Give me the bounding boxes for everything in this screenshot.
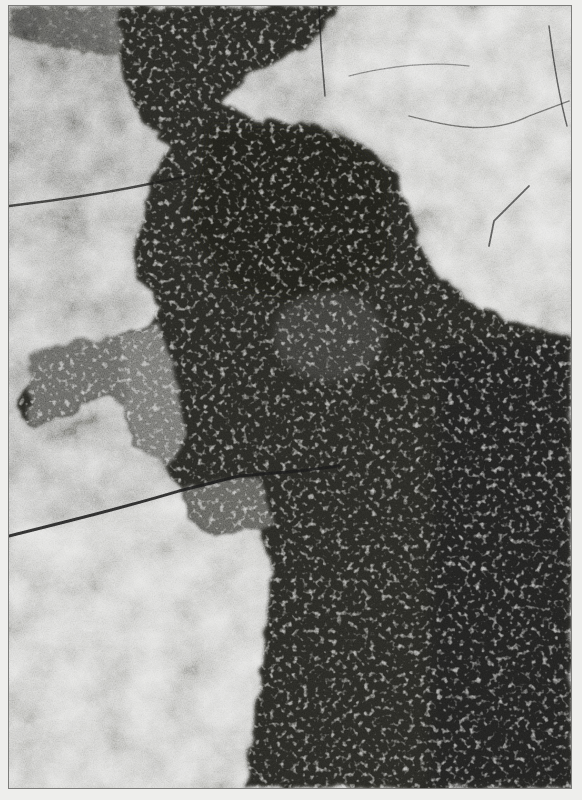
film-grain	[9, 6, 571, 788]
rock-shadow-scene	[9, 6, 571, 788]
print-border	[0, 0, 582, 800]
photograph	[9, 6, 571, 788]
